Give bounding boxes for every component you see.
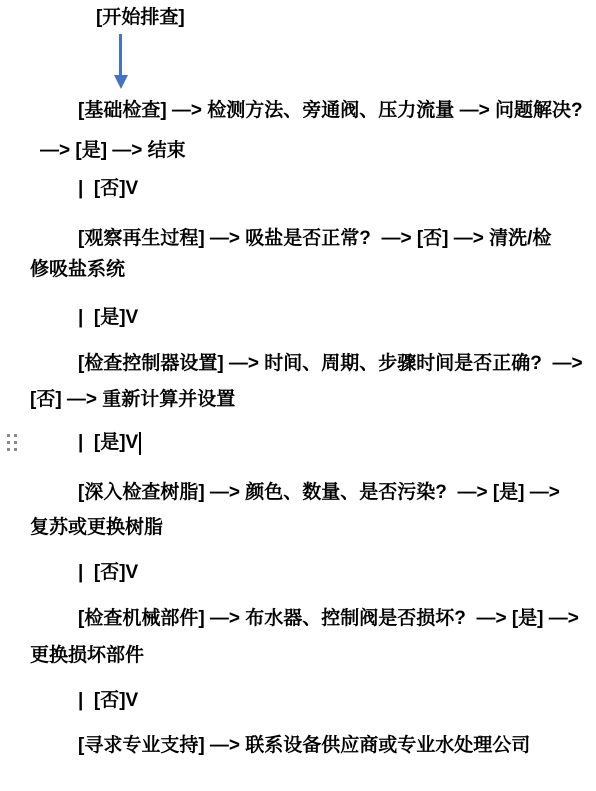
doc-line-mechanical-wrap[interactable]: 更换损坏部件 [30,643,144,668]
text-cursor [139,432,141,455]
doc-line-mechanical[interactable]: [检查机械部件] —> 布水器、控制阀是否损坏? —> [是] —> [78,606,579,631]
down-arrow-line [119,34,122,76]
down-arrow-head-icon [114,75,128,89]
doc-line-branch-no-2[interactable]: | [否]V [78,560,138,585]
doc-line-resin[interactable]: [深入检查树脂] —> 颜色、数量、是否污染? —> [是] —> [78,480,560,505]
doc-line-branch-yes-1[interactable]: | [是]V [78,305,138,330]
doc-line-controller[interactable]: [检查控制器设置] —> 时间、周期、步骤时间是否正确? —> [78,351,583,376]
doc-line-branch-no-1[interactable]: | [否]V [78,176,138,201]
document-page: [开始排查] [基础检查] —> 检测方法、旁通阀、压力流量 —> 问题解决? … [0,0,596,791]
doc-line-branch-yes-2[interactable]: | [是]V [78,430,138,455]
flow-start-node-text[interactable]: [开始排查] [96,5,185,30]
doc-line-controller-wrap[interactable]: [否] —> 重新计算并设置 [30,387,235,412]
doc-line-professional[interactable]: [寻求专业支持] —> 联系设备供应商或专业水处理公司 [78,733,530,758]
doc-line-regeneration[interactable]: [观察再生过程] —> 吸盐是否正常? —> [否] —> 清洗/检 [78,226,551,251]
doc-line-basic-check[interactable]: [基础检查] —> 检测方法、旁通阀、压力流量 —> 问题解决? [78,98,583,123]
doc-line-resin-wrap[interactable]: 复苏或更换树脂 [30,515,163,540]
drag-handle-icon[interactable] [7,434,10,437]
down-arrow-shape[interactable] [108,32,134,92]
doc-line-regeneration-wrap[interactable]: 修吸盐系统 [30,257,125,282]
doc-line-basic-check-wrap[interactable]: —> [是] —> 结束 [40,138,186,163]
doc-line-branch-no-3[interactable]: | [否]V [78,688,138,713]
